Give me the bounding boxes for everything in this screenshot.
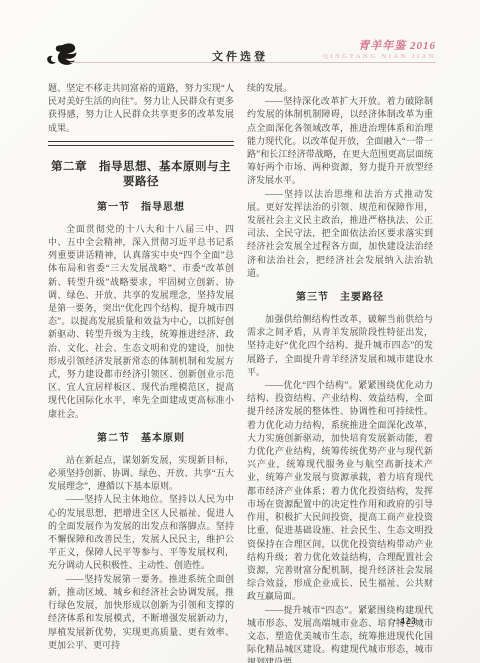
section-heading: 第一节 指导思想	[48, 201, 234, 214]
paragraph: 全面贯彻党的十八大和十八届三中、四中、五中全会精神，深入贯彻习近平总书记系列重要…	[48, 223, 234, 421]
right-column: 续的发展。——坚持深化改革扩大开放。着力破除制约发展的体制机制障碍，以经济体制改…	[247, 82, 433, 663]
paragraph: 题、坚定不移走共同富裕的道路，努力实现“人民对美好生活的向往”。努力让人民群众有…	[48, 82, 234, 135]
page-number: · 423 ·	[393, 616, 424, 626]
yearbook-brand: 青羊年鉴 2016 QINGYANG NIAN JIAN	[323, 40, 436, 61]
paragraph: 加强供给侧结构性改革，破解当前供给与需求之间矛盾，从青羊发展阶段性特征出发，坚持…	[247, 313, 433, 379]
paragraph: ——坚持发展第一要务。推进系统全面创新，推动区域、城乡和经济社会协调发展，推行绿…	[48, 573, 234, 652]
yearbook-brand-pinyin: QINGYANG NIAN JIAN	[323, 52, 436, 61]
paragraph: 站在新起点，谋划新发展，实现新目标，必须坚持创新、协调、绿色、开放、共享“五大发…	[48, 454, 234, 494]
paragraph: ——坚持深化改革扩大开放。着力破除制约发展的体制机制障碍，以经济体制改革为重点全…	[247, 95, 433, 187]
section-heading: 第三节 主要路径	[247, 291, 433, 304]
paragraph: 续的发展。	[247, 82, 433, 95]
chapter-heading: 第二章 指导思想、基本原则与主要路径	[48, 160, 234, 190]
paragraph: ——提升城市“四态”。紧紧围绕构建现代城市形态、发展高端城市业态、培育特色城市文…	[247, 604, 433, 663]
document-body: 题、坚定不移走共同富裕的道路，努力实现“人民对美好生活的向往”。努力让人民群众有…	[48, 82, 434, 663]
left-column: 题、坚定不移走共同富裕的道路，努力实现“人民对美好生活的向往”。努力让人民群众有…	[48, 82, 234, 663]
page-header: 文件选登 青羊年鉴 2016 QINGYANG NIAN JIAN	[44, 36, 436, 70]
paragraph: ——坚持人民主体地位。坚持以人民为中心的发展思想，把增进全区人民福祉、促进人的全…	[48, 493, 234, 572]
yearbook-page: 文件选登 青羊年鉴 2016 QINGYANG NIAN JIAN 题、坚定不移…	[0, 0, 480, 663]
double-rule	[48, 141, 234, 146]
yearbook-brand-script: 青羊年鉴 2016	[323, 40, 436, 52]
paragraph: ——优化“四个结构”。紧紧围绕优化动力结构、投资结构、产业结构、效益结构，全面提…	[247, 379, 433, 603]
section-heading: 第二节 基本原则	[48, 432, 234, 445]
paragraph: ——坚持以法治思维和法治方式推动发展。更好发挥法治的引领、规范和保障作用，发展社…	[247, 188, 433, 280]
